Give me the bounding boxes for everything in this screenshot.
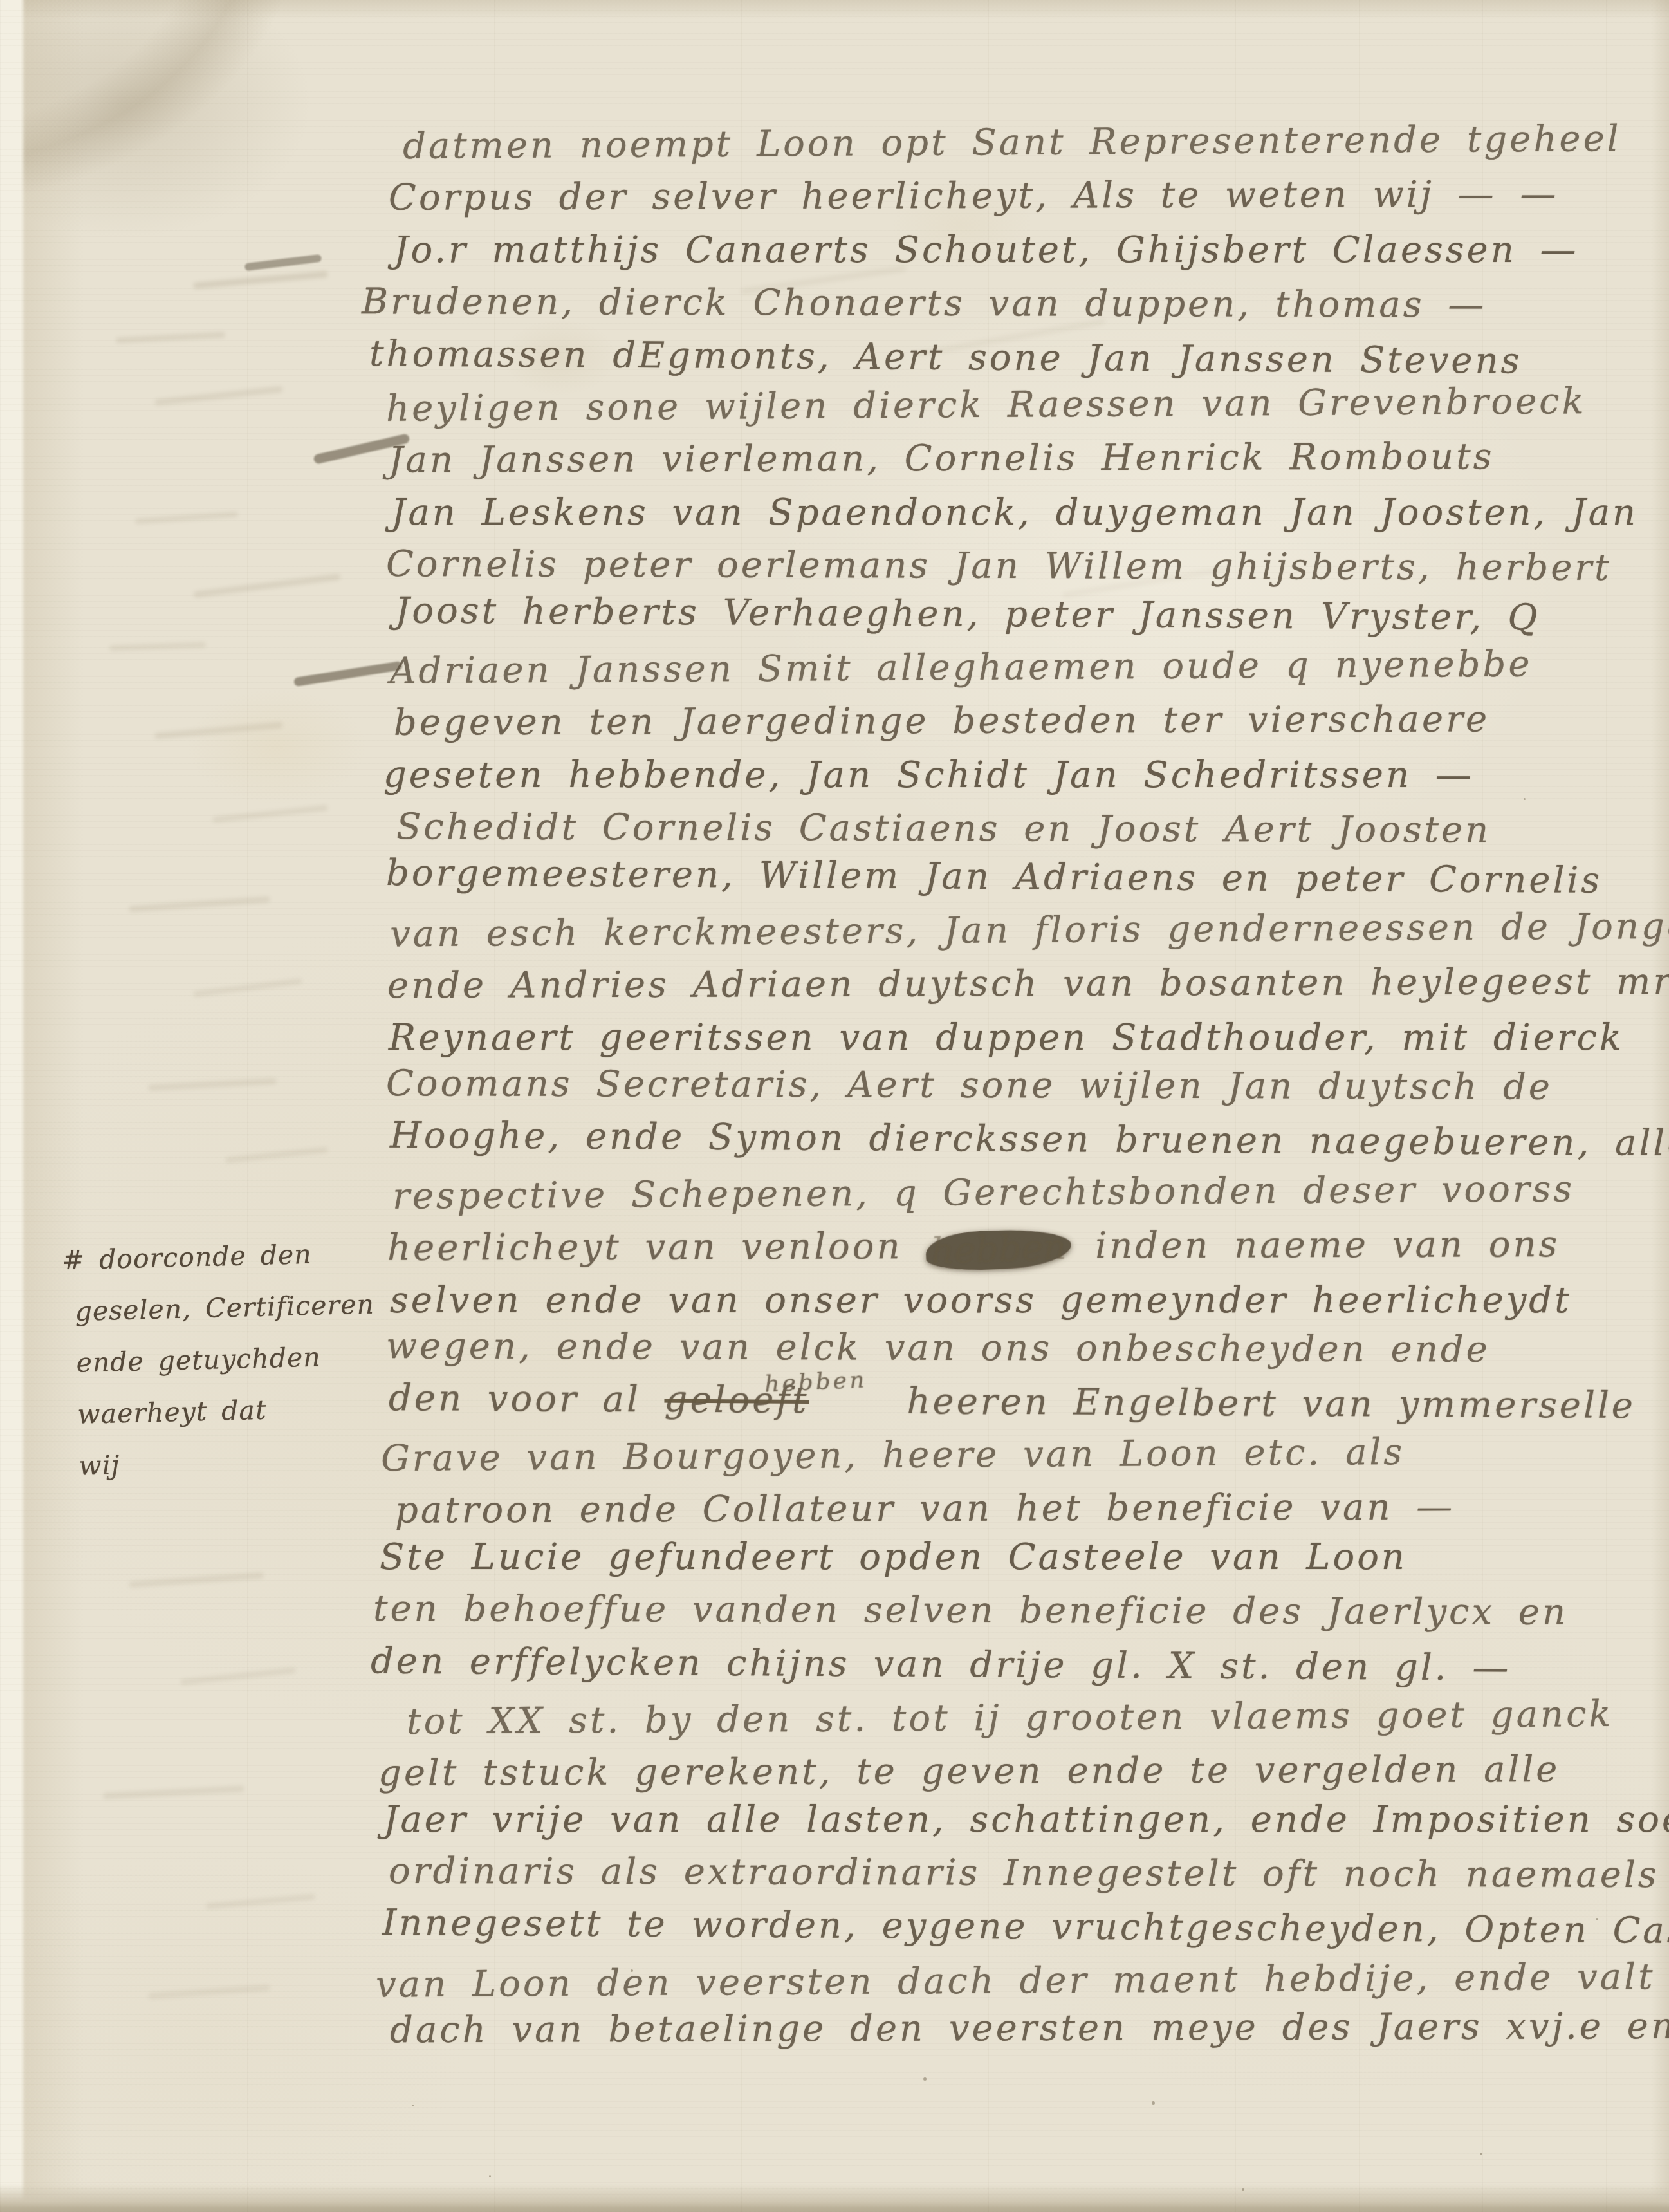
manuscript-text-line: gelt tstuck gerekent, te geven ende te v… <box>378 1751 1560 1793</box>
manuscript-text-line: Joost herberts Verhaeghen, peter Janssen… <box>395 591 1540 637</box>
manuscript-text-line: selven ende van onser voorss gemeynder h… <box>390 1281 1572 1320</box>
manuscript-text-line: Jan Janssen vierleman, Cornelis Henrick … <box>389 438 1495 479</box>
manuscript-page: # doorconde dengeselen, Certificerenende… <box>0 0 1669 2212</box>
text-segment: selven ende van onser voorss gemeynder h… <box>390 1279 1572 1321</box>
manuscript-text-line: Brudenen, dierck Chonaerts van duppen, t… <box>362 283 1486 324</box>
text-segment: den voor al <box>389 1377 665 1421</box>
manuscript-text-line: ordinaris als extraordinaris Innegestelt… <box>389 1852 1659 1895</box>
main-text-block: datmen noempt Loon opt Sant Representere… <box>0 0 1669 2212</box>
text-segment-sup: hebben <box>763 1361 867 1404</box>
text-segment: geseten hebbende, Jan Schidt Jan Schedri… <box>383 754 1474 796</box>
manuscript-text-line: patroon ende Collateur van het beneficie… <box>395 1488 1455 1530</box>
text-segment: dach van betaelinge den veersten meye de… <box>390 2005 1669 2052</box>
manuscript-text-line: ten behoeffue vanden selven beneficie de… <box>373 1590 1568 1632</box>
text-segment: Adriaen Janssen Smit alleghaemen oude q … <box>390 643 1533 692</box>
text-segment: begeven ten Jaergedinge besteden ter vie… <box>394 698 1489 743</box>
text-segment: gelt tstuck gerekent, te geven ende te v… <box>378 1749 1560 1794</box>
manuscript-text-line: geseten hebbende, Jan Schidt Jan Schedri… <box>383 756 1474 795</box>
text-segment: Corpus der selver heerlicheyt, Als te we… <box>389 173 1559 219</box>
text-segment: Coomans Secretaris, Aert sone wijlen Jan… <box>386 1063 1553 1108</box>
text-segment: heerlicheyt van venloon <box>387 1225 927 1269</box>
text-segment: wegen, ende van elck van ons onbescheyde… <box>386 1325 1490 1370</box>
manuscript-text-line: ende Andries Adriaen duytsch van bosante… <box>387 963 1669 1005</box>
text-segment: Innegesett te worden, eygene vruchtgesch… <box>382 1902 1669 1953</box>
text-segment: thomassen dEgmonts, Aert sone Jan Jansse… <box>369 333 1522 382</box>
text-segment: van esch kerckmeesters, Jan floris gende… <box>390 906 1669 956</box>
text-segment: borgemeesteren, Willem Jan Adriaens en p… <box>386 852 1602 902</box>
text-segment: heyligen sone wijlen dierck Raessen van … <box>386 380 1587 430</box>
text-segment: Jo.r matthijs Canaerts Schoutet, Ghijsbe… <box>394 229 1579 271</box>
manuscript-text-line: Jo.r matthijs Canaerts Schoutet, Ghijsbe… <box>394 231 1579 270</box>
manuscript-text-line: Grave van Bourgoyen, heere van Loon etc.… <box>381 1433 1405 1478</box>
manuscript-text-line: datmen noempt Loon opt Sant Representere… <box>403 120 1621 166</box>
manuscript-text-line: Schedidt Cornelis Castiaens en Joost Aer… <box>396 808 1491 850</box>
text-segment: Grave van Bourgoyen, heere van Loon etc.… <box>381 1431 1405 1480</box>
text-segment: Reynaert geeritssen van duppen Stadthoud… <box>389 1017 1624 1059</box>
manuscript-text-line: van Loon den veersten dach der maent heb… <box>376 1957 1669 2004</box>
text-segment: ordinaris als extraordinaris Innegestelt… <box>389 1850 1659 1896</box>
text-segment: tot XX st. by den st. tot ij grooten vla… <box>407 1693 1614 1743</box>
text-segment: Joost herberts Verhaeghen, peter Janssen… <box>395 590 1540 638</box>
manuscript-text-line: Coomans Secretaris, Aert sone wijlen Jan… <box>386 1064 1553 1107</box>
text-segment: van Loon den veersten dach der maent heb… <box>376 1955 1669 2005</box>
text-segment: Ste Lucie gefundeert opden Casteele van … <box>380 1536 1407 1578</box>
text-segment: den erffelycken chijns van drije gl. X s… <box>371 1640 1511 1689</box>
manuscript-text-line: dach van betaelinge den veersten meye de… <box>390 2007 1669 2050</box>
manuscript-text-line: Innegesett te worden, eygene vruchtgesch… <box>382 1904 1669 1951</box>
manuscript-text-line: Jan Leskens van Spaendonck, duygeman Jan… <box>391 494 1638 532</box>
manuscript-text-line: den erffelycken chijns van drije gl. X s… <box>371 1642 1511 1687</box>
manuscript-text-line: borgemeesteren, Willem Jan Adriaens en p… <box>386 854 1602 900</box>
text-segment: datmen noempt Loon opt Sant Representere… <box>403 118 1621 167</box>
text-segment: Jan Leskens van Spaendonck, duygeman Jan… <box>391 492 1638 534</box>
manuscript-text-line: Adriaen Janssen Smit alleghaemen oude q … <box>390 645 1533 691</box>
manuscript-text-line: respective Schepenen, q Gerechtsbonden d… <box>392 1170 1574 1216</box>
manuscript-text-line: den voor al geloefthebben heeren Engelbe… <box>389 1379 1636 1430</box>
text-segment: ende Andries Adriaen duytsch van bosante… <box>387 961 1669 1007</box>
text-segment: heeren Engelbert van ymmerselle <box>883 1380 1636 1427</box>
text-segment: Cornelis peter oerlemans Jan Willem ghij… <box>386 543 1612 589</box>
text-segment: Jan Janssen vierleman, Cornelis Henrick … <box>389 436 1495 481</box>
manuscript-text-line: Hooghe, ende Symon dierckssen bruenen na… <box>390 1117 1669 1164</box>
manuscript-text-line: Ste Lucie gefundeert opden Casteele van … <box>380 1538 1407 1577</box>
text-segment: ten behoeffue vanden selven beneficie de… <box>373 1588 1568 1633</box>
manuscript-text-line: wegen, ende van elck van ons onbescheyde… <box>386 1327 1490 1369</box>
manuscript-text-line: begeven ten Jaergedinge besteden ter vie… <box>394 700 1489 742</box>
manuscript-text-line: heerlicheyt van venloon hebben inden nae… <box>387 1225 1560 1268</box>
text-segment: patroon ende Collateur van het beneficie… <box>395 1486 1455 1531</box>
manuscript-text-line: van esch kerckmeesters, Jan floris gende… <box>390 907 1669 954</box>
text-segment: Schedidt Cornelis Castiaens en Joost Aer… <box>396 806 1491 851</box>
text-segment-blot: hebben <box>925 1228 1072 1272</box>
text-segment: Brudenen, dierck Chonaerts van duppen, t… <box>362 281 1486 326</box>
manuscript-text-line: Corpus der selver heerlicheyt, Als te we… <box>389 175 1559 218</box>
text-segment: Hooghe, ende Symon dierckssen bruenen na… <box>390 1115 1669 1165</box>
text-segment: Jaer vrije van alle lasten, schattingen,… <box>383 1799 1669 1841</box>
manuscript-text-line: heyligen sone wijlen dierck Raessen van … <box>386 382 1587 429</box>
manuscript-text-line: Jaer vrije van alle lasten, schattingen,… <box>383 1801 1669 1839</box>
text-segment: respective Schepenen, q Gerechtsbonden d… <box>392 1168 1575 1218</box>
text-segment: inden naeme van ons <box>1071 1223 1560 1267</box>
manuscript-text-line: thomassen dEgmonts, Aert sone Jan Jansse… <box>369 335 1522 380</box>
manuscript-text-line: tot XX st. by den st. tot ij grooten vla… <box>407 1695 1614 1742</box>
manuscript-text-line: Cornelis peter oerlemans Jan Willem ghij… <box>386 545 1612 588</box>
manuscript-text-line: Reynaert geeritssen van duppen Stadthoud… <box>389 1019 1624 1057</box>
